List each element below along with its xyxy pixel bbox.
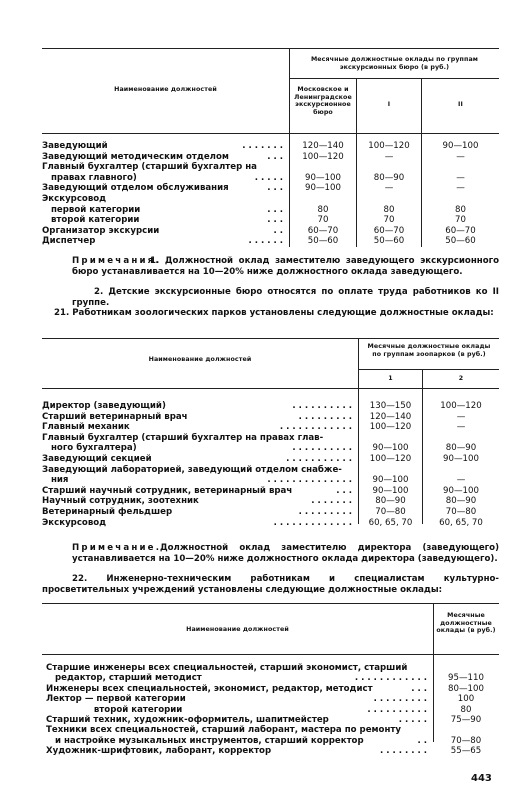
notes2-text: Должностной оклад заместителю директора … <box>72 543 499 564</box>
table2-top-rule <box>42 338 499 339</box>
notes1-note1: 1. Должностной оклад заместителю заведую… <box>72 256 499 277</box>
table-cell-value: — <box>357 183 421 193</box>
table-cell-value: 90—100 <box>359 486 422 496</box>
table-cell-value: 80—90 <box>359 496 422 506</box>
table-row-name: ния. . . . . . . . . . . . . . <box>42 475 356 485</box>
leader-dots: . . . . . . . <box>311 496 356 506</box>
leader-dots: . . . <box>336 486 356 496</box>
table-row-name: Экскурсовод. . . . . . . . . . . . . <box>42 518 356 528</box>
row-label: Директор (заведующий) <box>42 401 166 411</box>
table-row-name: Главный бухгалтер (старший бухгалтер на <box>42 162 287 172</box>
row-label: Научный сотрудник, зоотехник <box>42 496 199 506</box>
table-cell-value: 80—100 <box>435 684 497 694</box>
row-label: Заведующий <box>42 141 108 151</box>
row-label: редактор, старший методист <box>46 673 202 683</box>
table-cell-value: 75—90 <box>435 715 497 725</box>
table-row-name: Заведующий секцией. . . . . . . . . . . <box>42 454 356 464</box>
leader-dots: . . . . . . . . . . <box>292 443 356 453</box>
leader-dots: . . . <box>411 684 431 694</box>
table-row-name: Старший научный сотрудник, ветеринарный … <box>42 486 356 496</box>
row-label: Главный бухгалтер (старший бухгалтер на … <box>42 433 323 443</box>
table-cell-value: — <box>422 183 499 193</box>
table1-subheader-i: I <box>357 101 421 109</box>
row-label: ния <box>42 475 68 485</box>
leader-dots: . . . . . <box>255 173 287 183</box>
table-cell-value: 90—100 <box>290 183 356 193</box>
row-label: Лектор — первой категории <box>46 694 186 704</box>
row-label: Главный механик <box>42 422 130 432</box>
row-label: Инженеры всех специальностей, экономист,… <box>46 684 373 694</box>
row-label: Заведующий методическим отделом <box>42 152 229 162</box>
leader-dots: . . <box>417 736 431 746</box>
table-row-name: второй категории. . . . . . . . . . <box>46 705 431 715</box>
row-label: Главный бухгалтер (старший бухгалтер на <box>42 162 257 172</box>
table1-group-header: Месячные должностные оклады по группам э… <box>292 56 497 71</box>
table-cell-value: 80 <box>290 205 356 215</box>
table-row-name: и настройке музыкальных инструментов, ст… <box>46 736 431 746</box>
table-cell-value: 50—60 <box>422 236 499 246</box>
table2-header-bottom-rule <box>42 388 499 389</box>
table-cell-value: 100—120 <box>290 152 356 162</box>
row-label: второй категории <box>46 705 182 715</box>
table-cell-value: 100 <box>435 694 497 704</box>
table-cell-value: 130—150 <box>359 401 422 411</box>
table-cell-value: 120—140 <box>290 141 356 151</box>
table-cell-value: — <box>423 475 499 485</box>
table-row-name: второй категории. . . <box>42 215 287 225</box>
leader-dots: . . . . . . . . . <box>299 412 356 422</box>
table-cell-value: 90—100 <box>290 173 356 183</box>
table3-top-rule <box>42 603 499 604</box>
table-cell-value: 80 <box>435 705 497 715</box>
table2-subheader-1: 1 <box>359 375 422 383</box>
table-cell-value: 80—90 <box>423 496 499 506</box>
leader-dots: . . . . . . <box>248 236 287 246</box>
row-label: и настройке музыкальных инструментов, ст… <box>46 736 364 746</box>
paragraph-21: 21. Работникам зоологических парков уста… <box>42 308 499 319</box>
table-cell-value: 70—80 <box>435 736 497 746</box>
leader-dots: . . . . . . . . . . . . <box>355 673 431 683</box>
table-cell-value: 80 <box>357 205 421 215</box>
table-cell-value: 100—120 <box>357 141 421 151</box>
table3-value-header: Месячные должностные оклады (в руб.) <box>435 612 497 635</box>
table-cell-value: 80—90 <box>423 443 499 453</box>
row-label: Старший научный сотрудник, ветеринарный … <box>42 486 292 496</box>
leader-dots: . . . . . . . <box>242 141 287 151</box>
row-label: Заведующий секцией <box>42 454 152 464</box>
leader-dots <box>352 433 356 443</box>
row-label: Техники всех специальностей, старший лаб… <box>46 725 401 735</box>
paragraph-22: 22. Инженерно-техническим работникам и с… <box>42 574 499 595</box>
table-cell-value: 95—110 <box>435 673 497 683</box>
row-label: Старший техник, художник-оформитель, шап… <box>46 715 329 725</box>
table-cell-value: 60, 65, 70 <box>423 518 499 528</box>
table-cell-value: 90—100 <box>422 141 499 151</box>
table-row-name: Диспетчер. . . . . . <box>42 236 287 246</box>
table-row-name: Инженеры всех специальностей, экономист,… <box>46 684 431 694</box>
row-label: второй категории <box>42 215 139 225</box>
table-row-name: Экскурсовод <box>42 194 287 204</box>
row-label: Старшие инженеры всех специальностей, ст… <box>46 663 407 673</box>
table-cell-value: 60—70 <box>357 226 421 236</box>
table1-subheader-moscow: Московское и Ленинградское экскурсионное… <box>290 86 356 116</box>
leader-dots: . . . . . . . . . <box>299 507 356 517</box>
notes1-note2: 2. Детские экскурсионные бюро относятся … <box>72 287 499 308</box>
row-label: Экскурсовод <box>42 518 106 528</box>
table-cell-value: 120—140 <box>359 412 422 422</box>
row-label: Экскурсовод <box>42 194 106 204</box>
table-cell-value: 55—65 <box>435 746 497 756</box>
row-label: правах главного) <box>42 173 137 183</box>
leader-dots: . . . . . . . . . . <box>292 401 356 411</box>
table-cell-value: 60—70 <box>290 226 356 236</box>
table-cell-value: — <box>422 173 499 183</box>
table1-col-name-header: Наименование должностей <box>42 86 289 94</box>
document-page: Наименование должностей Месячные должнос… <box>0 0 532 800</box>
table2-col-name-header: Наименование должностей <box>42 356 358 364</box>
table-row-name: Организатор экскурсии. . <box>42 226 287 236</box>
table-row-name: Техники всех специальностей, старший лаб… <box>46 725 431 735</box>
table-row-name: Заведующий методическим отделом. . . <box>42 152 287 162</box>
row-label: Заведующий лабораторией, заведующий отде… <box>42 465 342 475</box>
table-row-name: правах главного). . . . . <box>42 173 287 183</box>
table-cell-value: 50—60 <box>357 236 421 246</box>
row-label: Заведующий отделом обслуживания <box>42 183 229 193</box>
table-row-name: Художник-шрифтовик, лаборант, корректор.… <box>46 746 431 756</box>
table-row-name: Лектор — первой категории. . . . . . . .… <box>46 694 431 704</box>
table1-header-bottom-rule <box>42 133 499 134</box>
leader-dots: . . . <box>267 152 287 162</box>
table-row-name: редактор, старший методист. . . . . . . … <box>46 673 431 683</box>
table-row-name: Заведующий отделом обслуживания. . . <box>42 183 287 193</box>
row-label: Диспетчер <box>42 236 95 246</box>
table2-subheader-rule <box>359 369 499 370</box>
table-cell-value: — <box>423 412 499 422</box>
table-cell-value: 50—60 <box>290 236 356 246</box>
leader-dots: . . . . . . . . . <box>374 694 431 704</box>
table-cell-value: 90—100 <box>359 443 422 453</box>
table2-subheader-2: 2 <box>423 375 499 383</box>
leader-dots: . . . . . . . . . . . . <box>280 422 356 432</box>
table-cell-value: — <box>357 152 421 162</box>
leader-dots: . . <box>273 226 287 236</box>
table-row-name: Заведующий. . . . . . . <box>42 141 287 151</box>
leader-dots: . . . . . . . . <box>380 746 431 756</box>
table1-subheader-ii: II <box>422 101 499 109</box>
table-cell-value: 70—80 <box>359 507 422 517</box>
table-row-name: Старший ветеринарный врач. . . . . . . .… <box>42 412 356 422</box>
table3-col-name-header: Наименование должностей <box>42 626 433 634</box>
table-cell-value: — <box>422 152 499 162</box>
table-cell-value: 70 <box>422 215 499 225</box>
table-cell-value: 60, 65, 70 <box>359 518 422 528</box>
table-row-name: Ветеринарный фельдшер. . . . . . . . . <box>42 507 356 517</box>
page-number: 443 <box>471 773 492 784</box>
table1-subheader-rule <box>290 78 499 79</box>
table-cell-value: 80—90 <box>357 173 421 183</box>
table-row-name: Старший техник, художник-оформитель, шап… <box>46 715 431 725</box>
table-cell-value: — <box>423 422 499 432</box>
table-cell-value: 70—80 <box>423 507 499 517</box>
leader-dots <box>427 725 431 735</box>
table-row-name: ного бухгалтера). . . . . . . . . . <box>42 443 356 453</box>
table-cell-value: 100—120 <box>359 422 422 432</box>
table3-body-divider <box>433 654 434 742</box>
leader-dots <box>283 194 287 204</box>
table-row-name: Старшие инженеры всех специальностей, ст… <box>46 663 431 673</box>
table-row-name: Заведующий лабораторией, заведующий отде… <box>42 465 356 475</box>
table-cell-value: 100—120 <box>423 401 499 411</box>
leader-dots: . . . . . . . . . . . . . . <box>267 475 356 485</box>
table-cell-value: 90—100 <box>423 454 499 464</box>
row-label: Старший ветеринарный врач <box>42 412 188 422</box>
table-row-name: Главный механик. . . . . . . . . . . . <box>42 422 356 432</box>
leader-dots: . . . <box>267 215 287 225</box>
table-row-name: Директор (заведующий). . . . . . . . . . <box>42 401 356 411</box>
table3-header-bottom-rule <box>42 654 499 655</box>
leader-dots <box>352 465 356 475</box>
table-cell-value: 100—120 <box>359 454 422 464</box>
leader-dots: . . . <box>267 205 287 215</box>
table-cell-value: 90—100 <box>359 475 422 485</box>
row-label: первой категории <box>42 205 140 215</box>
row-label: ного бухгалтера) <box>42 443 137 453</box>
leader-dots: . . . . . . . . . . . . . <box>274 518 356 528</box>
table-cell-value: 60—70 <box>422 226 499 236</box>
row-label: Организатор экскурсии <box>42 226 159 236</box>
table-cell-value: 90—100 <box>423 486 499 496</box>
leader-dots: . . . . . <box>399 715 431 725</box>
row-label: Ветеринарный фельдшер <box>42 507 172 517</box>
leader-dots: . . . . . . . . . . . <box>286 454 356 464</box>
leader-dots: . . . <box>267 183 287 193</box>
table-cell-value: 70 <box>357 215 421 225</box>
leader-dots <box>427 663 431 673</box>
table3-header-divider <box>433 603 434 654</box>
table-cell-value: 70 <box>290 215 356 225</box>
table-row-name: Научный сотрудник, зоотехник. . . . . . … <box>42 496 356 506</box>
leader-dots: . . . . . . . . . . <box>367 705 431 715</box>
table1-top-rule <box>42 48 499 49</box>
table2-group-header: Месячные должностные оклады по группам з… <box>362 343 496 358</box>
leader-dots <box>283 162 287 172</box>
table-row-name: Главный бухгалтер (старший бухгалтер на … <box>42 433 356 443</box>
row-label: Художник-шрифтовик, лаборант, корректор <box>46 746 271 756</box>
table-cell-value: 80 <box>422 205 499 215</box>
table-row-name: первой категории. . . <box>42 205 287 215</box>
